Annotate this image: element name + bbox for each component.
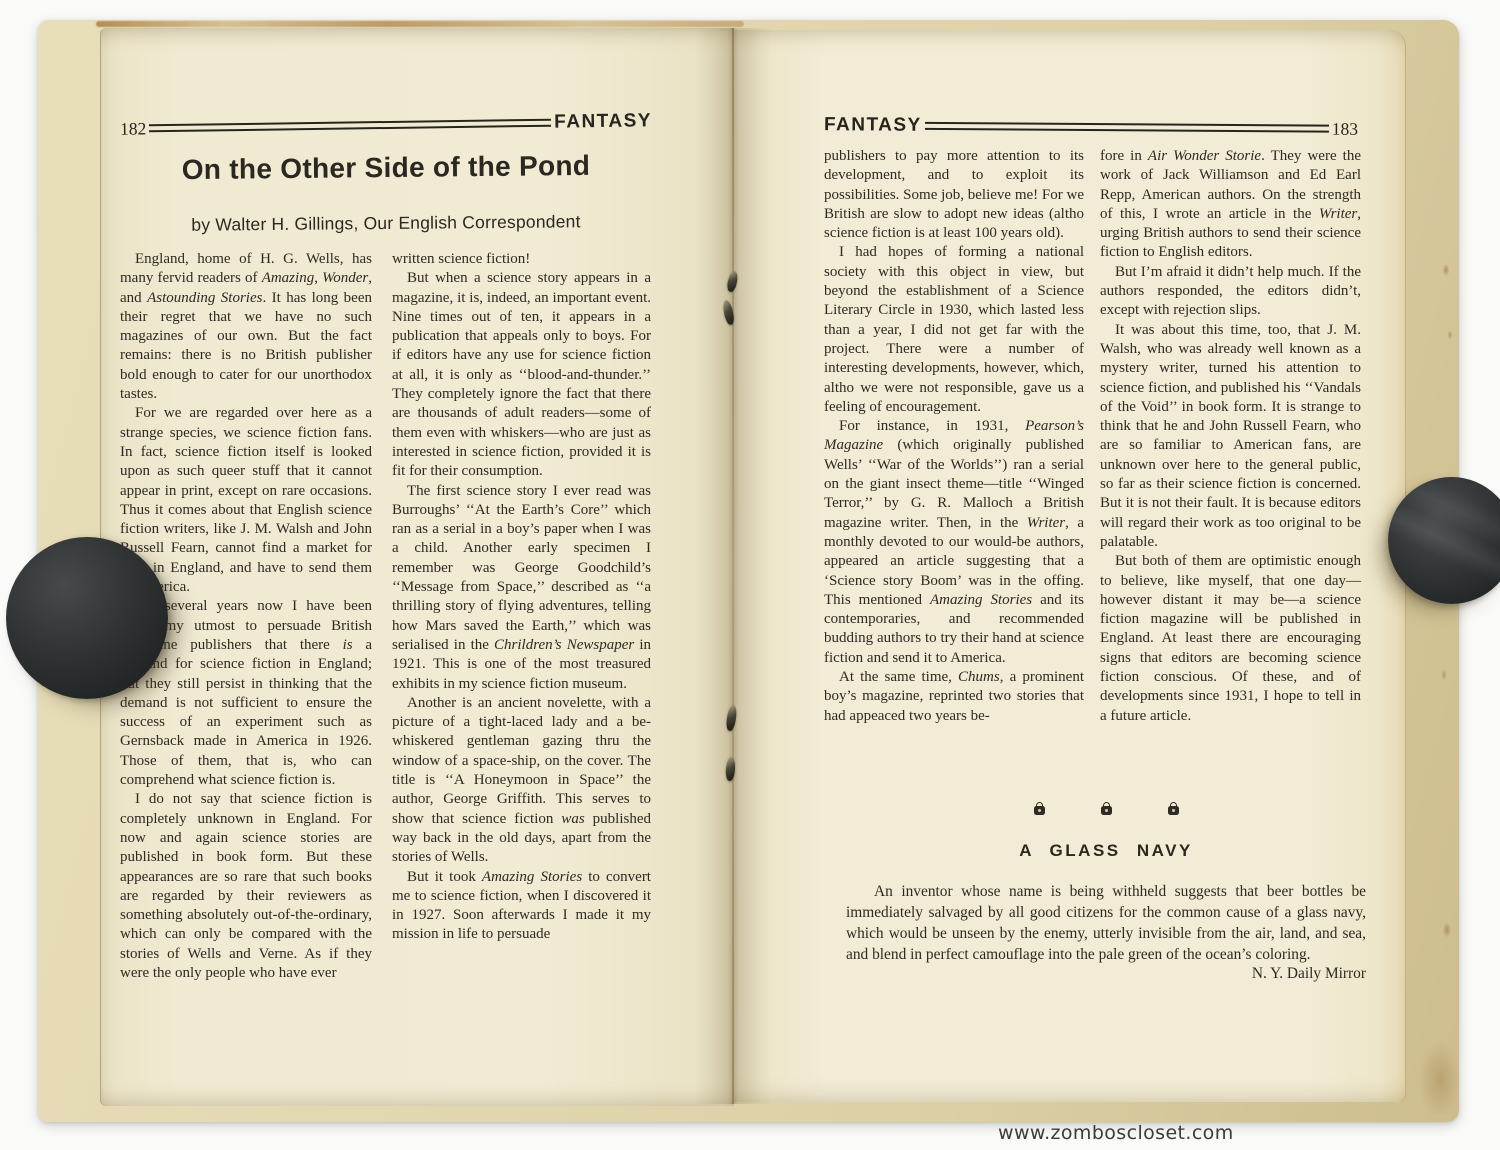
paragraph: England, home of H. G. Wells, has many f… [120,250,372,404]
paragraph: publishers to pay more attention to its … [824,147,1084,243]
header-rule [149,118,551,132]
padlock-ornament-icon [1101,806,1112,815]
paragraph: The first science story I ever read was … [392,482,651,694]
left-page-column-2: written science fiction!But when a scien… [392,250,651,945]
paragraph: I do not say that science fiction is com… [120,790,372,983]
header-rule [925,122,1329,133]
padlock-ornament-icon [1168,806,1179,815]
paragraph: But I’m afraid it didn’t help much. If t… [1100,263,1361,321]
glass-navy-body: An inventor whose name is being withheld… [846,881,1366,965]
running-title-left: FANTASY [554,110,652,133]
paragraph: At the same time, Chums, a prominent boy… [824,668,1084,726]
paragraph: But it took Amazing Stories to convert m… [392,868,651,945]
running-title-right: FANTASY [824,114,922,137]
article-title: On the Other Side of the Pond [118,149,654,187]
cover-stain [96,21,744,27]
right-page-column-1: publishers to pay more attention to its … [824,147,1084,726]
page-number-right: 183 [1332,118,1358,139]
glass-navy-heading: A GLASS NAVY [846,841,1366,861]
center-fold [732,28,734,1104]
paragraph: I had hopes of forming a national societ… [824,243,1084,417]
paragraph: But both of them are optimistic enough t… [1100,552,1361,726]
right-page-header: FANTASY 183 [824,114,1358,140]
paragraph: But when a science story appears in a ma… [392,269,651,481]
paragraph: For instance, in 1931, Pearson’s Magazin… [824,417,1084,668]
photo-background: 182 FANTASY On the Other Side of the Pon… [0,0,1500,1150]
paragraph: For we are regarded over here as a stran… [120,404,372,597]
paragraph: It was about this time, too, that J. M. … [1100,321,1361,553]
paragraph: fore in Air Wonder Storie. They were the… [1100,147,1361,263]
page-number-left: 182 [120,118,147,139]
paragraph: written science fiction! [392,250,651,269]
ornament-row [846,800,1366,815]
right-page-column-2: fore in Air Wonder Storie. They were the… [1100,147,1361,726]
glass-navy-attribution: N. Y. Daily Mirror [1252,965,1366,983]
left-magnet [6,537,168,699]
padlock-ornament-icon [1034,806,1045,815]
watermark: www.zomboscloset.com [998,1122,1234,1144]
glass-navy-section: A GLASS NAVY An inventor whose name is b… [846,800,1366,965]
paragraph: Another is an ancient novelette, with a … [392,694,651,868]
